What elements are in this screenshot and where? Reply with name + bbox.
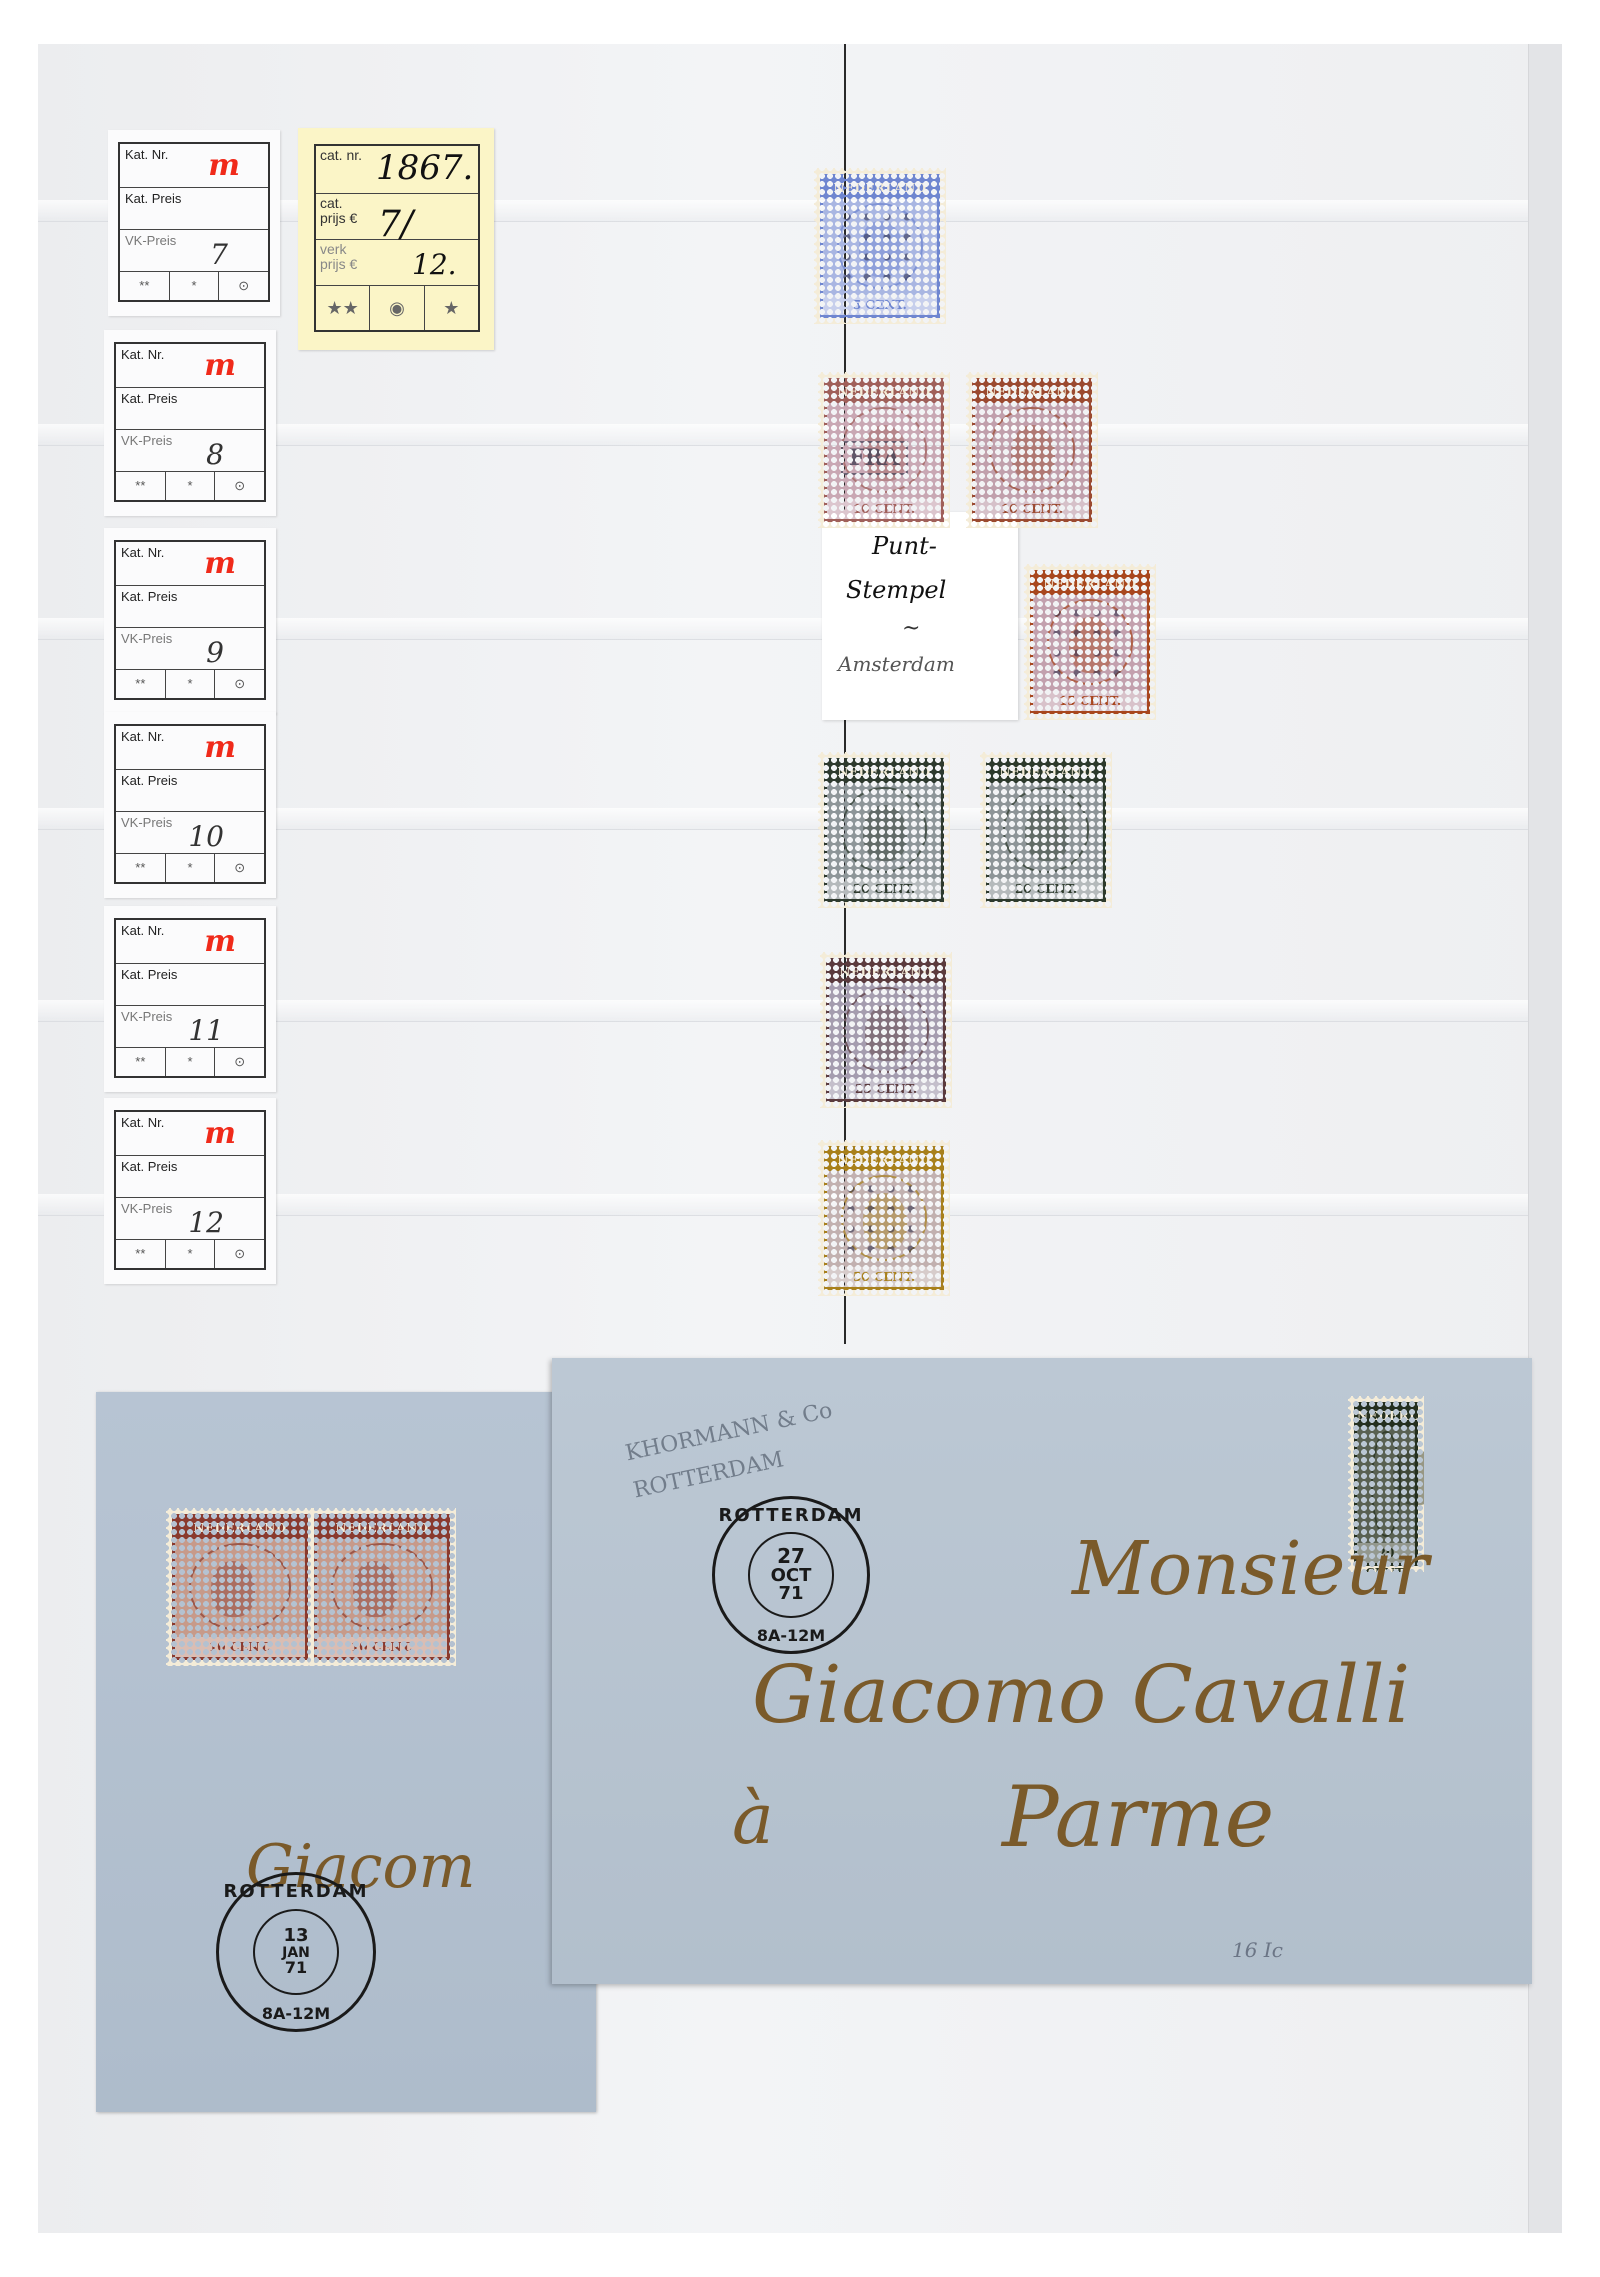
- kat-nr-value: m: [208, 148, 240, 183]
- postage-stamp: NEDERLAND50 CENT.: [818, 1140, 950, 1296]
- dotted-cancel: [841, 1179, 927, 1257]
- mint-never-hinged-icon: **: [120, 272, 170, 300]
- postage-stamp: NEDERLAND15 CENT.: [1024, 564, 1156, 720]
- king-portrait-icon: [865, 1005, 909, 1061]
- vk-preis-label: VK-Preis: [121, 1201, 172, 1216]
- mint-hinged-icon: *: [166, 854, 216, 882]
- dotted-cancel: [1047, 603, 1133, 681]
- stamp-country: NEDERLAND: [989, 761, 1103, 783]
- stamp-country: NEDERLAND: [1357, 1405, 1415, 1427]
- kat-preis-label: Kat. Preis: [125, 191, 181, 206]
- cover-front-right: KHORMANN & Co ROTTERDAM ROTTERDAM 27 OCT…: [552, 1358, 1532, 1984]
- catalogue-card: Kat. Nr.mKat. PreisVK-Preis9***⊙: [104, 528, 276, 714]
- vk-preis-value: 7: [210, 238, 228, 271]
- postage-stamp: NEDERLAND25 CENT.: [820, 952, 952, 1108]
- king-portrait-icon: [863, 805, 907, 861]
- postage-stamp: NEDERLAND20 CENT.: [818, 752, 950, 908]
- catalogue-card: Kat. Nr.mKat. PreisVK-Preis11***⊙: [104, 906, 276, 1092]
- address-line-3: Parme: [1002, 1768, 1274, 1866]
- stamp-country: NEDERLAND: [975, 381, 1089, 403]
- page-edge: [1528, 44, 1562, 2233]
- verk-prijs-value: 12.: [412, 248, 457, 281]
- mint-never-hinged-icon: **: [116, 472, 166, 500]
- mint-hinged-icon: *: [166, 1240, 216, 1268]
- mint-hinged-icon: ★: [425, 286, 478, 330]
- stamp-value: 10 CENT.: [175, 1637, 305, 1657]
- stamp-country: NEDERLAND: [827, 381, 941, 403]
- used-icon: ⊙: [215, 1240, 264, 1268]
- postage-stamp: NEDERLAND20 CENT.: [980, 752, 1112, 908]
- used-icon: ◉: [370, 286, 424, 330]
- used-icon: ⊙: [219, 272, 268, 300]
- vk-preis-value: 11: [188, 1014, 224, 1047]
- postage-stamp: NEDERLAND10 CENT.: [166, 1508, 314, 1666]
- vk-preis-label: VK-Preis: [121, 433, 172, 448]
- vk-preis-value: 9: [206, 636, 224, 669]
- used-icon: ⊙: [215, 472, 264, 500]
- address-prefix: à: [732, 1778, 774, 1860]
- kat-nr-label: Kat. Nr.: [121, 729, 164, 744]
- catalogue-card: Kat. Nr.mKat. PreisVK-Preis12***⊙: [104, 1098, 276, 1284]
- mint-hinged-icon: *: [170, 272, 220, 300]
- mint-never-hinged-icon: ★★: [316, 286, 370, 330]
- kat-preis-label: Kat. Preis: [121, 1159, 177, 1174]
- postage-stamp: NEDERLAND10 CENT.: [308, 1508, 456, 1666]
- stamp-value: 10 CENT.: [317, 1637, 447, 1657]
- kat-nr-label: Kat. Nr.: [121, 545, 164, 560]
- catalogue-card: Kat. Nr.mKat. PreisVK-Preis7***⊙: [108, 130, 280, 316]
- kat-nr-value: m: [204, 1116, 236, 1151]
- firm-cachet: KHORMANN & Co ROTTERDAM: [622, 1392, 844, 1510]
- kat-preis-label: Kat. Preis: [121, 391, 177, 406]
- cat-prijs-value: 7/: [378, 204, 413, 245]
- stamp-country: NEDERLAND: [827, 761, 941, 783]
- kat-nr-label: Kat. Nr.: [121, 1115, 164, 1130]
- kat-nr-value: m: [204, 924, 236, 959]
- kat-nr-label: Kat. Nr.: [121, 923, 164, 938]
- catalogue-card: Kat. Nr.mKat. PreisVK-Preis8***⊙: [104, 330, 276, 516]
- kat-nr-value: m: [204, 730, 236, 765]
- kat-nr-value: m: [204, 348, 236, 383]
- address-line-2: Giacomo Cavalli: [752, 1648, 1410, 1741]
- stamp-country: NEDERLAND: [829, 961, 943, 983]
- used-icon: ⊙: [215, 854, 264, 882]
- cancellation-note-card: Punt- Stempel ~ Amsterdam: [822, 512, 1018, 720]
- stamp-value: 50 CENT.: [827, 1267, 941, 1287]
- vk-preis-value: 8: [206, 438, 224, 471]
- cat-prijs-label: cat. prijs €: [320, 196, 366, 226]
- mint-never-hinged-icon: **: [116, 670, 166, 698]
- mint-never-hinged-icon: **: [116, 1048, 166, 1076]
- kat-preis-label: Kat. Preis: [121, 967, 177, 982]
- used-icon: ⊙: [215, 1048, 264, 1076]
- stamp-value: 10 CENT.: [975, 499, 1089, 519]
- king-portrait-icon: [1393, 1449, 1437, 1505]
- cat-nr-label: cat. nr.: [320, 148, 366, 163]
- note-line-1: Punt-: [872, 532, 937, 560]
- postage-stamp: NEDERLAND10 CENT.: [966, 372, 1098, 528]
- stamp-value: 15 CENT.: [1033, 691, 1147, 711]
- vk-preis-value: 12: [188, 1206, 224, 1239]
- stamp-value: 20 CENT.: [827, 879, 941, 899]
- mint-hinged-icon: *: [166, 1048, 216, 1076]
- note-line-3: Amsterdam: [838, 652, 955, 676]
- note-line-2: Stempel: [846, 576, 946, 604]
- franco-cancel: FRA: [841, 441, 908, 475]
- rotterdam-postmark: ROTTERDAM 13 JAN 71 8A-12M: [216, 1872, 376, 2032]
- kat-nr-label: Kat. Nr.: [125, 147, 168, 162]
- stamp-value: 10 CENT.: [827, 499, 941, 519]
- kat-nr-label: Kat. Nr.: [121, 347, 164, 362]
- rotterdam-postmark: ROTTERDAM 27 OCT 71 8A-12M: [712, 1496, 870, 1654]
- dotted-cancel: [837, 207, 923, 285]
- pencil-note: 16 Ic: [1232, 1938, 1283, 1962]
- kat-preis-label: Kat. Preis: [121, 773, 177, 788]
- stamp-value: 25 CENT.: [829, 1079, 943, 1099]
- mint-never-hinged-icon: **: [116, 1240, 166, 1268]
- king-portrait-icon: [1011, 425, 1055, 481]
- note-separator: ~: [902, 616, 920, 641]
- yellow-catalogue-card: cat. nr. 1867. cat. prijs € 7/ verk prij…: [298, 128, 494, 350]
- stamp-country: NEDERLAND: [175, 1517, 305, 1539]
- cover-front-left: NEDERLAND10 CENT.NEDERLAND10 CENT. Giaco…: [96, 1392, 596, 2112]
- vk-preis-label: VK-Preis: [121, 1009, 172, 1024]
- kat-nr-value: m: [204, 546, 236, 581]
- vk-preis-label: VK-Preis: [125, 233, 176, 248]
- mint-hinged-icon: *: [166, 670, 216, 698]
- stamp-country: NEDERLAND: [827, 1149, 941, 1171]
- stamp-country: NEDERLAND: [317, 1517, 447, 1539]
- catalogue-card: Kat. Nr.mKat. PreisVK-Preis10***⊙: [104, 712, 276, 898]
- vk-preis-value: 10: [188, 820, 224, 853]
- king-portrait-icon: [353, 1561, 397, 1617]
- stamp-value: 20 CENT.: [989, 879, 1103, 899]
- verk-prijs-label: verk prijs €: [320, 242, 366, 272]
- cat-nr-value: 1867.: [376, 148, 473, 188]
- used-icon: ⊙: [215, 670, 264, 698]
- stamp-country: NEDERLAND: [823, 177, 937, 199]
- postage-stamp: NEDERLAND5 CENT.: [814, 168, 946, 324]
- king-portrait-icon: [211, 1561, 255, 1617]
- stamp-value: 5 CENT.: [823, 295, 937, 315]
- stamp-country: NEDERLAND: [1033, 573, 1147, 595]
- vk-preis-label: VK-Preis: [121, 631, 172, 646]
- postage-stamp: NEDERLANDFRA10 CENT.: [818, 372, 950, 528]
- mint-never-hinged-icon: **: [116, 854, 166, 882]
- king-portrait-icon: [1025, 805, 1069, 861]
- mint-hinged-icon: *: [166, 472, 216, 500]
- vk-preis-label: VK-Preis: [121, 815, 172, 830]
- address-line-1: Monsieur: [1072, 1526, 1428, 1612]
- kat-preis-label: Kat. Preis: [121, 589, 177, 604]
